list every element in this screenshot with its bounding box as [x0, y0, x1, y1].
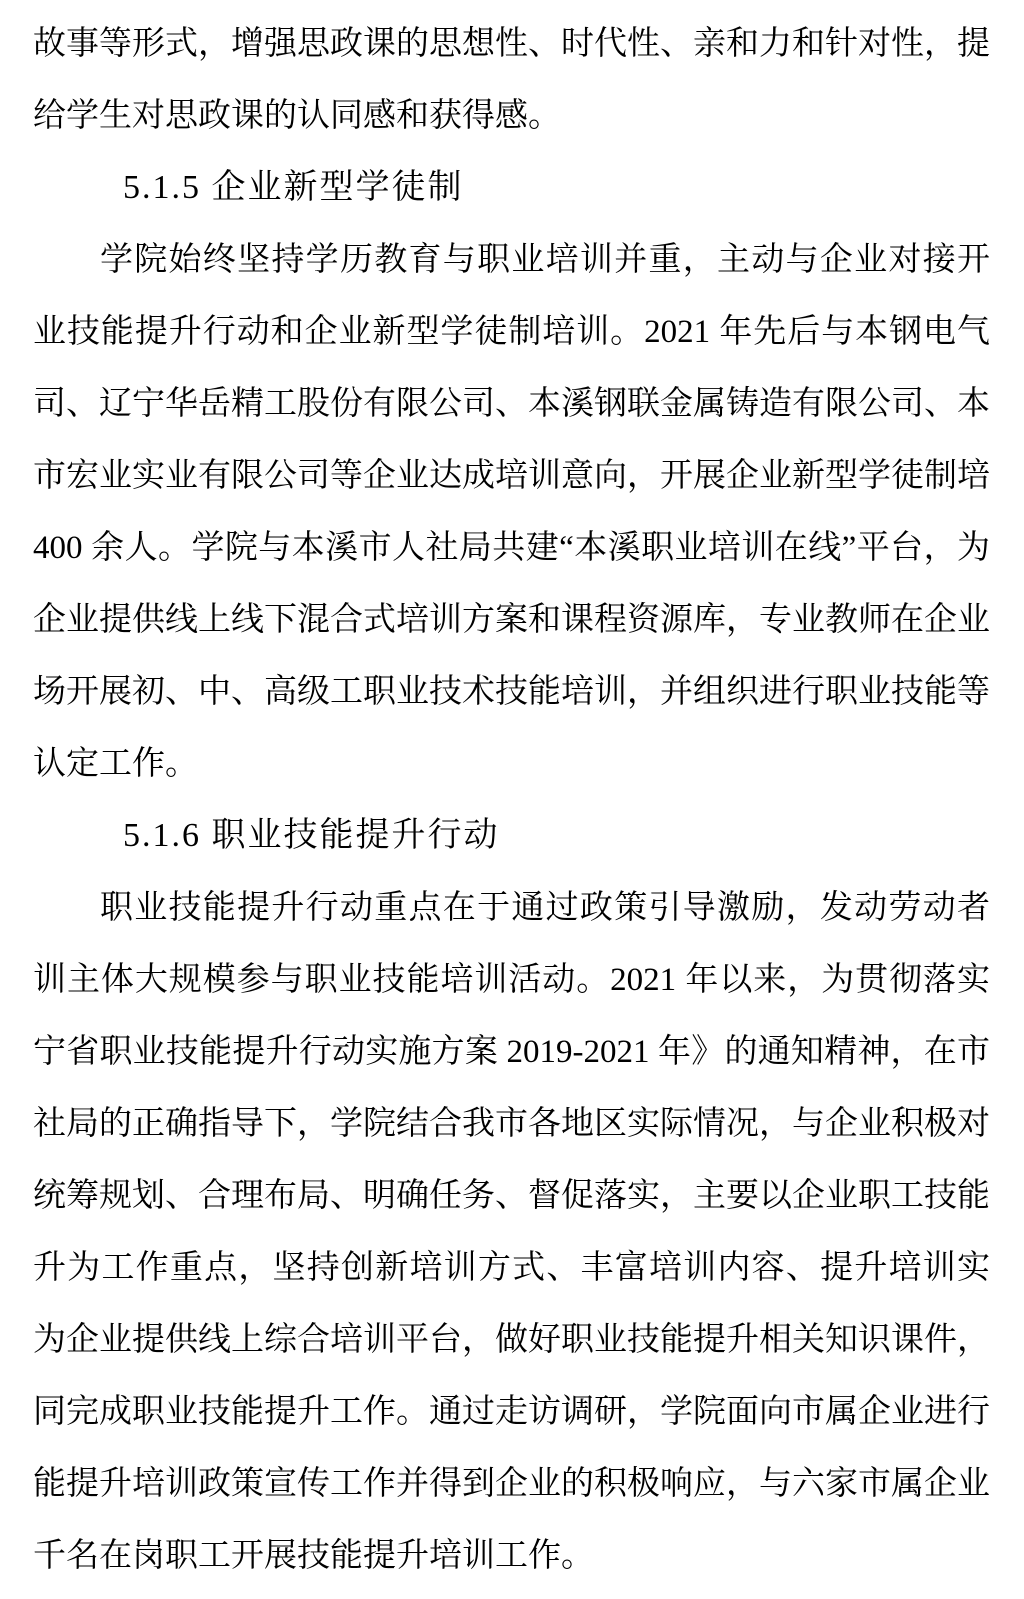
document-page: 故事等形式，增强思政课的思想性、时代性、亲和力和针对性，提升给学生对思政课的认同…	[0, 0, 1024, 1599]
text-line: 学院始终坚持学历教育与职业培训并重，主动与企业对接开展职	[33, 224, 990, 296]
document-text-area: 故事等形式，增强思政课的思想性、时代性、亲和力和针对性，提升给学生对思政课的认同…	[33, 8, 990, 1592]
text-line: 场开展初、中、高级工职业技术技能培训，并组织进行职业技能等级	[33, 656, 990, 728]
text-line: 同完成职业技能提升工作。通过走访调研，学院面向市属企业进行技	[33, 1376, 990, 1448]
paragraph-skill-improvement-action: 职业技能提升行动重点在于通过政策引导激励，发动劳动者和培训主体大规模参与职业技能…	[33, 872, 990, 1592]
heading-line: 5.1.6 职业技能提升行动	[33, 800, 990, 872]
text-line: 训主体大规模参与职业技能培训活动。2021 年以来，为贯彻落实《辽	[33, 944, 990, 1016]
text-line: 司、辽宁华岳精工股份有限公司、本溪钢联金属铸造有限公司、本溪	[33, 368, 990, 440]
text-line: 业技能提升行动和企业新型学徒制培训。2021 年先后与本钢电气公	[33, 296, 990, 368]
text-line: 职业技能提升行动重点在于通过政策引导激励，发动劳动者和培	[33, 872, 990, 944]
text-line: 市宏业实业有限公司等企业达成培训意向，开展企业新型学徒制培训	[33, 440, 990, 512]
section-heading-5-1-5: 5.1.5 企业新型学徒制	[33, 152, 990, 224]
text-line: 统筹规划、合理布局、明确任务、督促落实，主要以企业职工技能提	[33, 1160, 990, 1232]
text-line: 认定工作。	[33, 728, 990, 800]
heading-line: 5.1.5 企业新型学徒制	[33, 152, 990, 224]
text-line: 社局的正确指导下，学院结合我市各地区实际情况，与企业积极对接，	[33, 1088, 990, 1160]
text-line: 宁省职业技能提升行动实施方案 2019-2021 年》的通知精神，在市人	[33, 1016, 990, 1088]
text-line: 企业提供线上线下混合式培训方案和课程资源库，专业教师在企业现	[33, 584, 990, 656]
section-heading-5-1-6: 5.1.6 职业技能提升行动	[33, 800, 990, 872]
text-line: 为企业提供线上综合培训平台，做好职业技能提升相关知识课件，共	[33, 1304, 990, 1376]
text-line: 能提升培训政策宣传工作并得到企业的积极响应，与六家市属企业近	[33, 1448, 990, 1520]
text-line: 故事等形式，增强思政课的思想性、时代性、亲和力和针对性，提升	[33, 8, 990, 80]
text-line: 400 余人。学院与本溪市人社局共建“本溪职业培训在线”平台，为	[33, 512, 990, 584]
text-line: 给学生对思政课的认同感和获得感。	[33, 80, 990, 152]
text-line: 千名在岗职工开展技能提升培训工作。	[33, 1520, 990, 1592]
paragraph-apprenticeship: 学院始终坚持学历教育与职业培训并重，主动与企业对接开展职业技能提升行动和企业新型…	[33, 224, 990, 800]
text-line: 升为工作重点，坚持创新培训方式、丰富培训内容、提升培训实效，	[33, 1232, 990, 1304]
paragraph-continued-from-previous-page: 故事等形式，增强思政课的思想性、时代性、亲和力和针对性，提升给学生对思政课的认同…	[33, 8, 990, 152]
